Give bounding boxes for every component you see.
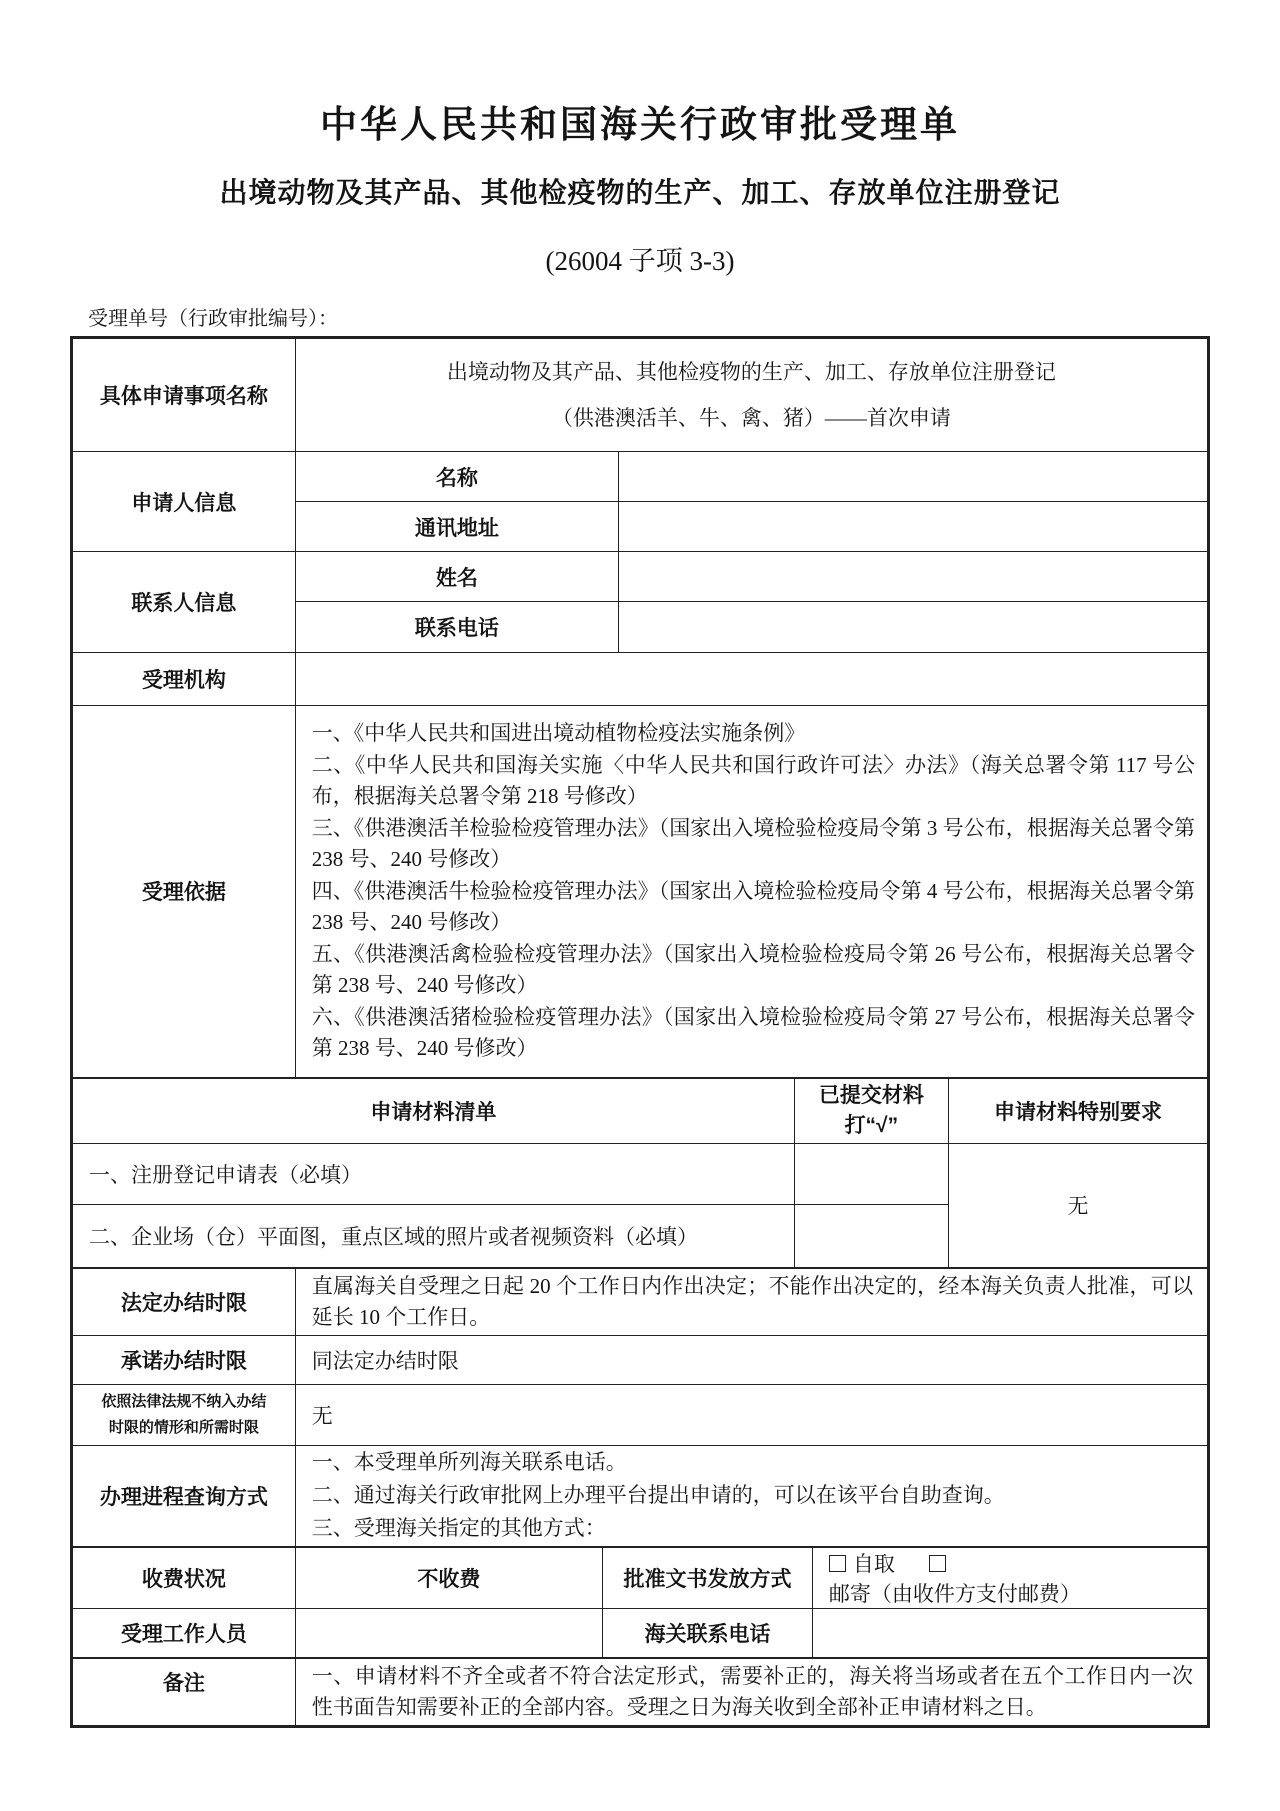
applicant-name-field[interactable] (618, 452, 1207, 502)
page-subtitle: 出境动物及其产品、其他检疫物的生产、加工、存放单位注册登记 (70, 171, 1210, 211)
progress-query-content: 一、本受理单所列海关联系电话。 二、通过海关行政审批网上办理平台提出申请的，可以… (295, 1445, 1207, 1546)
materials-submitted-header: 已提交材料 打“√” (794, 1078, 948, 1143)
item-name-line1: 出境动物及其产品、其他检疫物的生产、加工、存放单位注册登记 (302, 349, 1201, 395)
fee-status-value: 不收费 (295, 1547, 602, 1608)
basis-item: 四、《供港澳活牛检验检疫管理办法》（国家出入境检验检疫局令第 4 号公布，根据海… (312, 876, 1195, 939)
section-applicant-info: 具体申请事项名称 出境动物及其产品、其他检疫物的生产、加工、存放单位注册登记 （… (73, 339, 1207, 1078)
materials-special-header: 申请材料特别要求 (948, 1078, 1207, 1143)
item-name-value: 出境动物及其产品、其他检疫物的生产、加工、存放单位注册登记 （供港澳活羊、牛、禽… (295, 339, 1207, 452)
basis-content: 一、《中华人民共和国进出境动植物检疫法实施条例》 二、《中华人民共和国海关实施〈… (295, 706, 1207, 1078)
table-row: 受理机构 (73, 653, 1207, 706)
item-name-line2: （供港澳活羊、牛、禽、猪）——首次申请 (302, 395, 1201, 441)
delivery-method-label: 批准文书发放方式 (603, 1547, 813, 1608)
table-row: 承诺办结时限 同法定办结时限 (73, 1335, 1207, 1384)
acceptance-number-label: 受理单号（行政审批编号）： (88, 302, 1210, 331)
basis-item: 五、《供港澳活禽检验检疫管理办法》（国家出入境检验检疫局令第 26 号公布，根据… (312, 939, 1195, 1002)
material-item-2: 二、企业场（仓）平面图，重点区域的照片或者视频资料（必填） (73, 1204, 794, 1267)
materials-list-header: 申请材料清单 (73, 1078, 794, 1143)
section-deadlines: 法定办结时限 直属海关自受理之日起 20 个工作日内作出决定；不能作出决定的，经… (73, 1268, 1207, 1547)
table-row: 申请材料清单 已提交材料 打“√” 申请材料特别要求 (73, 1078, 1207, 1143)
page-title: 中华人民共和国海关行政审批受理单 (70, 0, 1210, 147)
delivery-options: 自取邮寄（由收件方支付邮费） (812, 1547, 1207, 1608)
accepting-org-field[interactable] (295, 653, 1207, 706)
customs-phone-field[interactable] (812, 1608, 1207, 1657)
contact-name-label: 姓名 (295, 552, 618, 602)
section-materials: 申请材料清单 已提交材料 打“√” 申请材料特别要求 一、注册登记申请表（必填）… (73, 1078, 1207, 1268)
basis-item: 一、《中华人民共和国进出境动植物检疫法实施条例》 (312, 718, 1195, 750)
progress-query-item: 二、通过海关行政审批网上办理平台提出申请的，可以在该平台自助查询。 (312, 1479, 1201, 1512)
applicant-info-label: 申请人信息 (73, 452, 295, 552)
table-row: 受理工作人员 海关联系电话 (73, 1608, 1207, 1657)
excluded-time-value: 无 (295, 1384, 1207, 1445)
materials-special-value: 无 (948, 1143, 1207, 1267)
table-row: 收费状况 不收费 批准文书发放方式 自取邮寄（由收件方支付邮费） (73, 1547, 1207, 1608)
basis-item: 六、《供港澳活猪检验检疫管理办法》（国家出入境检验检疫局令第 27 号公布，根据… (312, 1002, 1195, 1065)
table-row: 备注 一、申请材料不齐全或者不符合法定形式，需要补正的，海关将当场或者在五个工作… (73, 1658, 1207, 1725)
applicant-address-field[interactable] (618, 502, 1207, 552)
table-row: 联系人信息 姓名 (73, 552, 1207, 602)
staff-label: 受理工作人员 (73, 1608, 295, 1657)
legal-deadline-label: 法定办结时限 (73, 1268, 295, 1335)
section-remarks: 备注 一、申请材料不齐全或者不符合法定形式，需要补正的，海关将当场或者在五个工作… (73, 1658, 1207, 1725)
table-row: 办理进程查询方式 一、本受理单所列海关联系电话。 二、通过海关行政审批网上办理平… (73, 1445, 1207, 1546)
material-item-2-submitted-cell[interactable] (794, 1204, 948, 1267)
contact-info-label: 联系人信息 (73, 552, 295, 653)
applicant-name-label: 名称 (295, 452, 618, 502)
staff-field[interactable] (295, 1608, 602, 1657)
page-subtitle-code: (26004 子项 3-3) (70, 239, 1210, 278)
fee-status-label: 收费状况 (73, 1547, 295, 1608)
mail-checkbox[interactable] (929, 1555, 946, 1572)
excluded-time-label: 依照法律法规不纳入办结 时限的情形和所需时限 (73, 1384, 295, 1445)
basis-item: 三、《供港澳活羊检验检疫管理办法》（国家出入境检验检疫局令第 3 号公布，根据海… (312, 813, 1195, 876)
progress-query-label: 办理进程查询方式 (73, 1445, 295, 1546)
table-row: 一、注册登记申请表（必填） 无 (73, 1143, 1207, 1204)
promised-deadline-label: 承诺办结时限 (73, 1335, 295, 1384)
contact-phone-label: 联系电话 (295, 602, 618, 653)
table-row: 具体申请事项名称 出境动物及其产品、其他检疫物的生产、加工、存放单位注册登记 （… (73, 339, 1207, 452)
pickup-option-label: 自取 (853, 1552, 895, 1576)
promised-deadline-value: 同法定办结时限 (295, 1335, 1207, 1384)
table-row: 申请人信息 名称 (73, 452, 1207, 502)
remarks-value: 一、申请材料不齐全或者不符合法定形式，需要补正的，海关将当场或者在五个工作日内一… (295, 1658, 1207, 1725)
contact-name-field[interactable] (618, 552, 1207, 602)
table-row: 依照法律法规不纳入办结 时限的情形和所需时限 无 (73, 1384, 1207, 1445)
customs-phone-label: 海关联系电话 (603, 1608, 813, 1657)
table-row: 法定办结时限 直属海关自受理之日起 20 个工作日内作出决定；不能作出决定的，经… (73, 1268, 1207, 1335)
mail-option-label: 邮寄（由收件方支付邮费） (829, 1582, 1081, 1606)
form-table: 具体申请事项名称 出境动物及其产品、其他检疫物的生产、加工、存放单位注册登记 （… (70, 336, 1210, 1728)
progress-query-item: 一、本受理单所列海关联系电话。 (312, 1446, 1201, 1479)
basis-label: 受理依据 (73, 706, 295, 1078)
basis-item: 二、《中华人民共和国海关实施〈中华人民共和国行政许可法〉办法》（海关总署令第 1… (312, 750, 1195, 813)
pickup-checkbox[interactable] (829, 1555, 846, 1572)
material-item-1: 一、注册登记申请表（必填） (73, 1143, 794, 1204)
document-page: 中华人民共和国海关行政审批受理单 出境动物及其产品、其他检疫物的生产、加工、存放… (0, 0, 1280, 1728)
remarks-label: 备注 (73, 1658, 295, 1725)
applicant-address-label: 通讯地址 (295, 502, 618, 552)
accepting-org-label: 受理机构 (73, 653, 295, 706)
progress-query-item: 三、受理海关指定的其他方式： (312, 1512, 1201, 1545)
material-item-1-submitted-cell[interactable] (794, 1143, 948, 1204)
item-name-label: 具体申请事项名称 (73, 339, 295, 452)
contact-phone-field[interactable] (618, 602, 1207, 653)
table-row: 受理依据 一、《中华人民共和国进出境动植物检疫法实施条例》 二、《中华人民共和国… (73, 706, 1207, 1078)
section-fee-delivery: 收费状况 不收费 批准文书发放方式 自取邮寄（由收件方支付邮费） 受理工作人员 … (73, 1547, 1207, 1658)
legal-deadline-value: 直属海关自受理之日起 20 个工作日内作出决定；不能作出决定的，经本海关负责人批… (295, 1268, 1207, 1335)
